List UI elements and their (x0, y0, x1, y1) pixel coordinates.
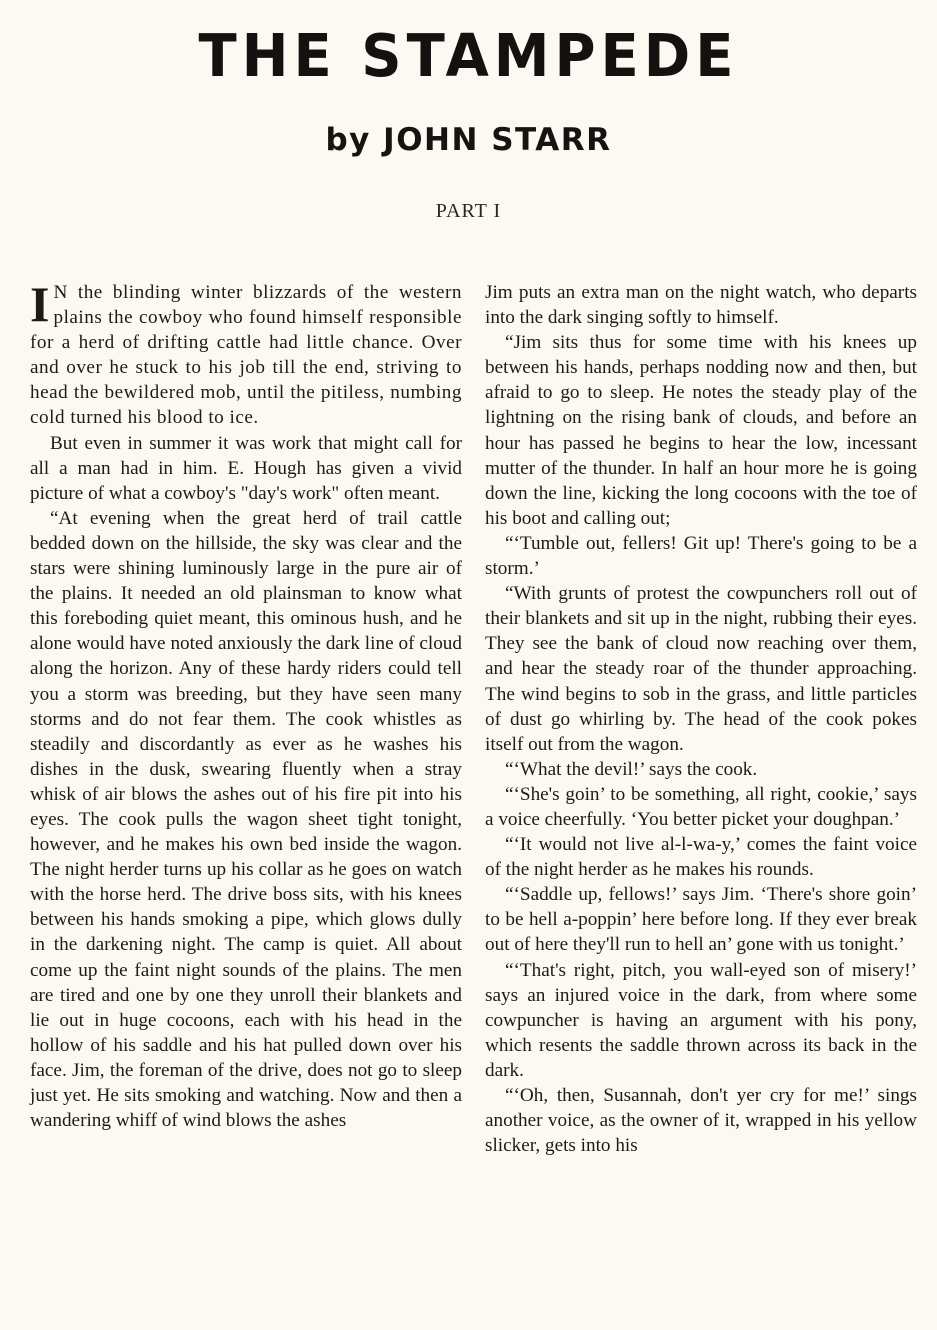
author-byline: by JOHN STARR (0, 120, 937, 160)
paragraph: But even in summer it was work that migh… (30, 431, 462, 506)
paragraph: “With grunts of protest the cowpunchers … (485, 581, 917, 757)
paragraph: “At evening when the great herd of trail… (30, 506, 462, 1133)
article-title: THE STAMPEDE (0, 20, 937, 94)
paragraph: “‘Tumble out, fellers! Git up! There's g… (485, 531, 917, 581)
opening-paragraph-text: N the blinding winter blizzards of the w… (30, 282, 462, 428)
paragraph: “‘It would not live al-l-wa-y,’ comes th… (485, 832, 917, 882)
drop-cap: I (30, 284, 49, 324)
paragraph: “‘Oh, then, Susannah, don't yer cry for … (485, 1083, 917, 1158)
paragraph: “‘What the devil!’ says the cook. (485, 757, 917, 782)
paragraph: “‘Saddle up, fellows!’ says Jim. ‘There'… (485, 882, 917, 957)
paragraph: “Jim sits thus for some time with his kn… (485, 330, 917, 531)
left-column: IN the blinding winter blizzards of the … (30, 280, 462, 1133)
continuation-paragraph: Jim puts an extra man on the night watch… (485, 280, 917, 330)
part-heading: PART I (0, 200, 937, 223)
opening-paragraph: IN the blinding winter blizzards of the … (30, 280, 462, 431)
paragraph: “‘That's right, pitch, you wall-eyed son… (485, 958, 917, 1083)
right-column: Jim puts an extra man on the night watch… (485, 280, 917, 1158)
paragraph: “‘She's goin’ to be something, all right… (485, 782, 917, 832)
